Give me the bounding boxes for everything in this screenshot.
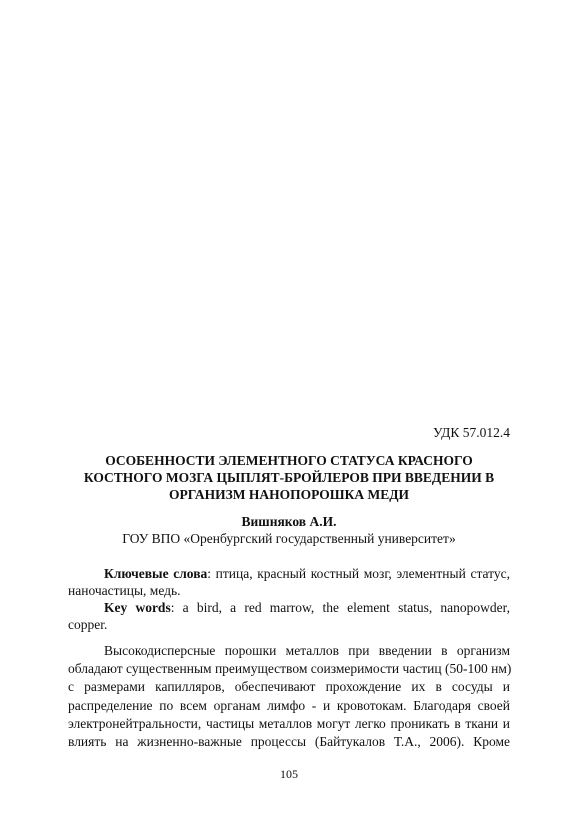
author-affiliation: ГОУ ВПО «Оренбургский государственный ун… xyxy=(68,530,510,548)
keywords-russian: Ключевые слова: птица, красный костный м… xyxy=(68,565,510,599)
body-paragraph: Высокодисперсные порошки металлов при вв… xyxy=(68,642,510,751)
body-line: с размерами капилляров, обеспечивают про… xyxy=(68,678,510,696)
title-line: ОРГАНИЗМ НАНОПОРОШКА МЕДИ xyxy=(68,486,510,503)
body-line: Высокодисперсные порошки металлов при вв… xyxy=(68,642,510,660)
keywords-en-label: Key words xyxy=(104,600,171,615)
body-line: распределение по всем органам лимфо - и … xyxy=(68,697,510,715)
keywords-ru-label: Ключевые слова xyxy=(104,566,207,581)
document-page: УДК 57.012.4 ОСОБЕННОСТИ ЭЛЕМЕНТНОГО СТА… xyxy=(68,0,510,820)
title-line: КОСТНОГО МОЗГА ЦЫПЛЯТ-БРОЙЛЕРОВ ПРИ ВВЕД… xyxy=(68,469,510,486)
author-name: Вишняков А.И. xyxy=(68,513,510,531)
body-line: электронейтральности, частицы металлов м… xyxy=(68,715,510,733)
udk-code: УДК 57.012.4 xyxy=(433,424,510,442)
article-title: ОСОБЕННОСТИ ЭЛЕМЕНТНОГО СТАТУСА КРАСНОГО… xyxy=(68,452,510,503)
keywords-english: Key words: a bird, a red marrow, the ele… xyxy=(68,599,510,633)
body-line: влиять на жизненно-важные процессы (Байт… xyxy=(68,733,510,751)
body-line: обладают существенным преимуществом соиз… xyxy=(68,660,510,678)
page-number: 105 xyxy=(68,766,510,782)
title-line: ОСОБЕННОСТИ ЭЛЕМЕНТНОГО СТАТУСА КРАСНОГО xyxy=(68,452,510,469)
